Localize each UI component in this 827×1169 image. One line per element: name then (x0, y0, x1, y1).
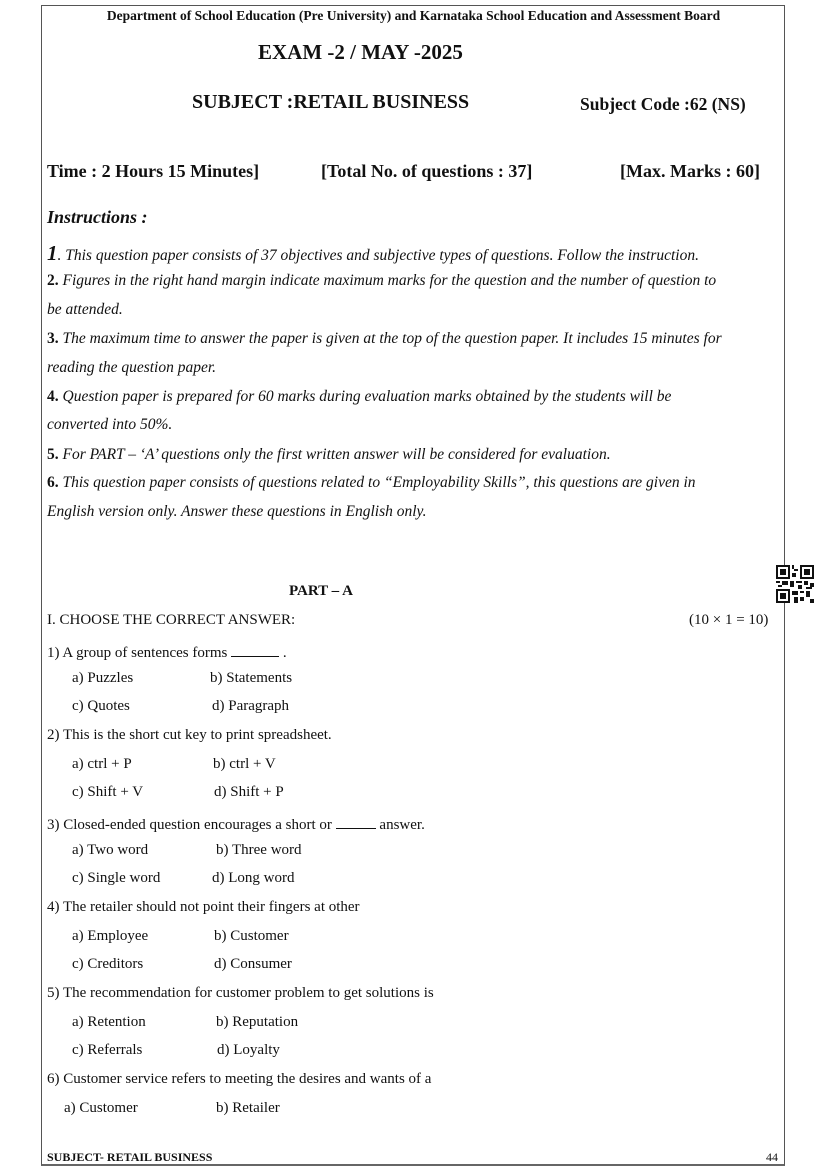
answer-option: d) Paragraph (212, 698, 289, 715)
question-text: 5) The recommendation for customer probl… (47, 985, 434, 1002)
instruction-number: 6. (47, 474, 59, 491)
question-text: 4) The retailer should not point their f… (47, 899, 360, 916)
instruction-line: be attended. (47, 301, 123, 319)
section-heading: I. CHOOSE THE CORRECT ANSWER: (47, 612, 295, 629)
instruction-line: English version only. Answer these quest… (47, 503, 426, 521)
page-number: 44 (766, 1150, 778, 1165)
max-marks: [Max. Marks : 60] (620, 161, 760, 182)
answer-option: b) Reputation (216, 1014, 298, 1031)
instruction-number: 5. (47, 446, 59, 463)
question-text: 1) A group of sentences forms . (47, 641, 287, 662)
answer-option: a) Two word (72, 842, 148, 859)
exam-time: Time : 2 Hours 15 Minutes] (47, 161, 259, 182)
instruction-line: 5. For PART – ‘A’ questions only the fir… (47, 446, 611, 464)
instruction-line: converted into 50%. (47, 416, 172, 434)
instruction-line: 1. This question paper consists of 37 ob… (47, 241, 699, 266)
answer-option: a) Puzzles (72, 670, 133, 687)
answer-option: c) Quotes (72, 698, 130, 715)
subject-title: SUBJECT :RETAIL BUSINESS (192, 91, 469, 114)
answer-option: b) ctrl + V (213, 756, 276, 773)
question-text: 3) Closed-ended question encourages a sh… (47, 813, 425, 834)
answer-option: c) Creditors (72, 956, 143, 973)
instruction-number: 2. (47, 272, 59, 289)
answer-option: c) Single word (72, 870, 160, 887)
answer-option: b) Customer (214, 928, 289, 945)
answer-option: b) Three word (216, 842, 302, 859)
answer-option: a) ctrl + P (72, 756, 132, 773)
answer-option: a) Retention (72, 1014, 146, 1031)
instruction-number: 3. (47, 330, 59, 347)
answer-option: b) Retailer (216, 1100, 280, 1117)
answer-option: d) Shift + P (214, 784, 284, 801)
answer-option: b) Statements (210, 670, 292, 687)
instructions-heading: Instructions : (47, 207, 148, 228)
answer-blank (336, 813, 376, 829)
question-text: 2) This is the short cut key to print sp… (47, 727, 332, 744)
answer-option: c) Referrals (72, 1042, 142, 1059)
answer-option: a) Employee (72, 928, 148, 945)
instruction-number: 1 (47, 241, 58, 265)
board-name: Department of School Education (Pre Univ… (0, 8, 827, 24)
instruction-line: 4. Question paper is prepared for 60 mar… (47, 388, 671, 406)
part-title: PART – A (289, 583, 353, 600)
instruction-line: reading the question paper. (47, 359, 216, 377)
qr-code-icon (776, 565, 814, 603)
total-questions: [Total No. of questions : 37] (321, 161, 532, 182)
exam-title: EXAM -2 / MAY -2025 (258, 40, 463, 65)
subject-code: Subject Code :62 (NS) (580, 94, 746, 115)
instruction-number: 4. (47, 388, 59, 405)
section-marks: (10 × 1 = 10) (689, 612, 768, 629)
instruction-line: 2. Figures in the right hand margin indi… (47, 272, 716, 290)
answer-option: d) Long word (212, 870, 295, 887)
footer-subject: SUBJECT- RETAIL BUSINESS (47, 1150, 212, 1165)
answer-option: c) Shift + V (72, 784, 143, 801)
answer-option: d) Consumer (214, 956, 292, 973)
answer-blank (231, 641, 279, 657)
answer-option: d) Loyalty (217, 1042, 280, 1059)
answer-option: a) Customer (64, 1100, 138, 1117)
question-text: 6) Customer service refers to meeting th… (47, 1071, 431, 1088)
instruction-line: 3. The maximum time to answer the paper … (47, 330, 722, 348)
instruction-line: 6. This question paper consists of quest… (47, 474, 696, 492)
